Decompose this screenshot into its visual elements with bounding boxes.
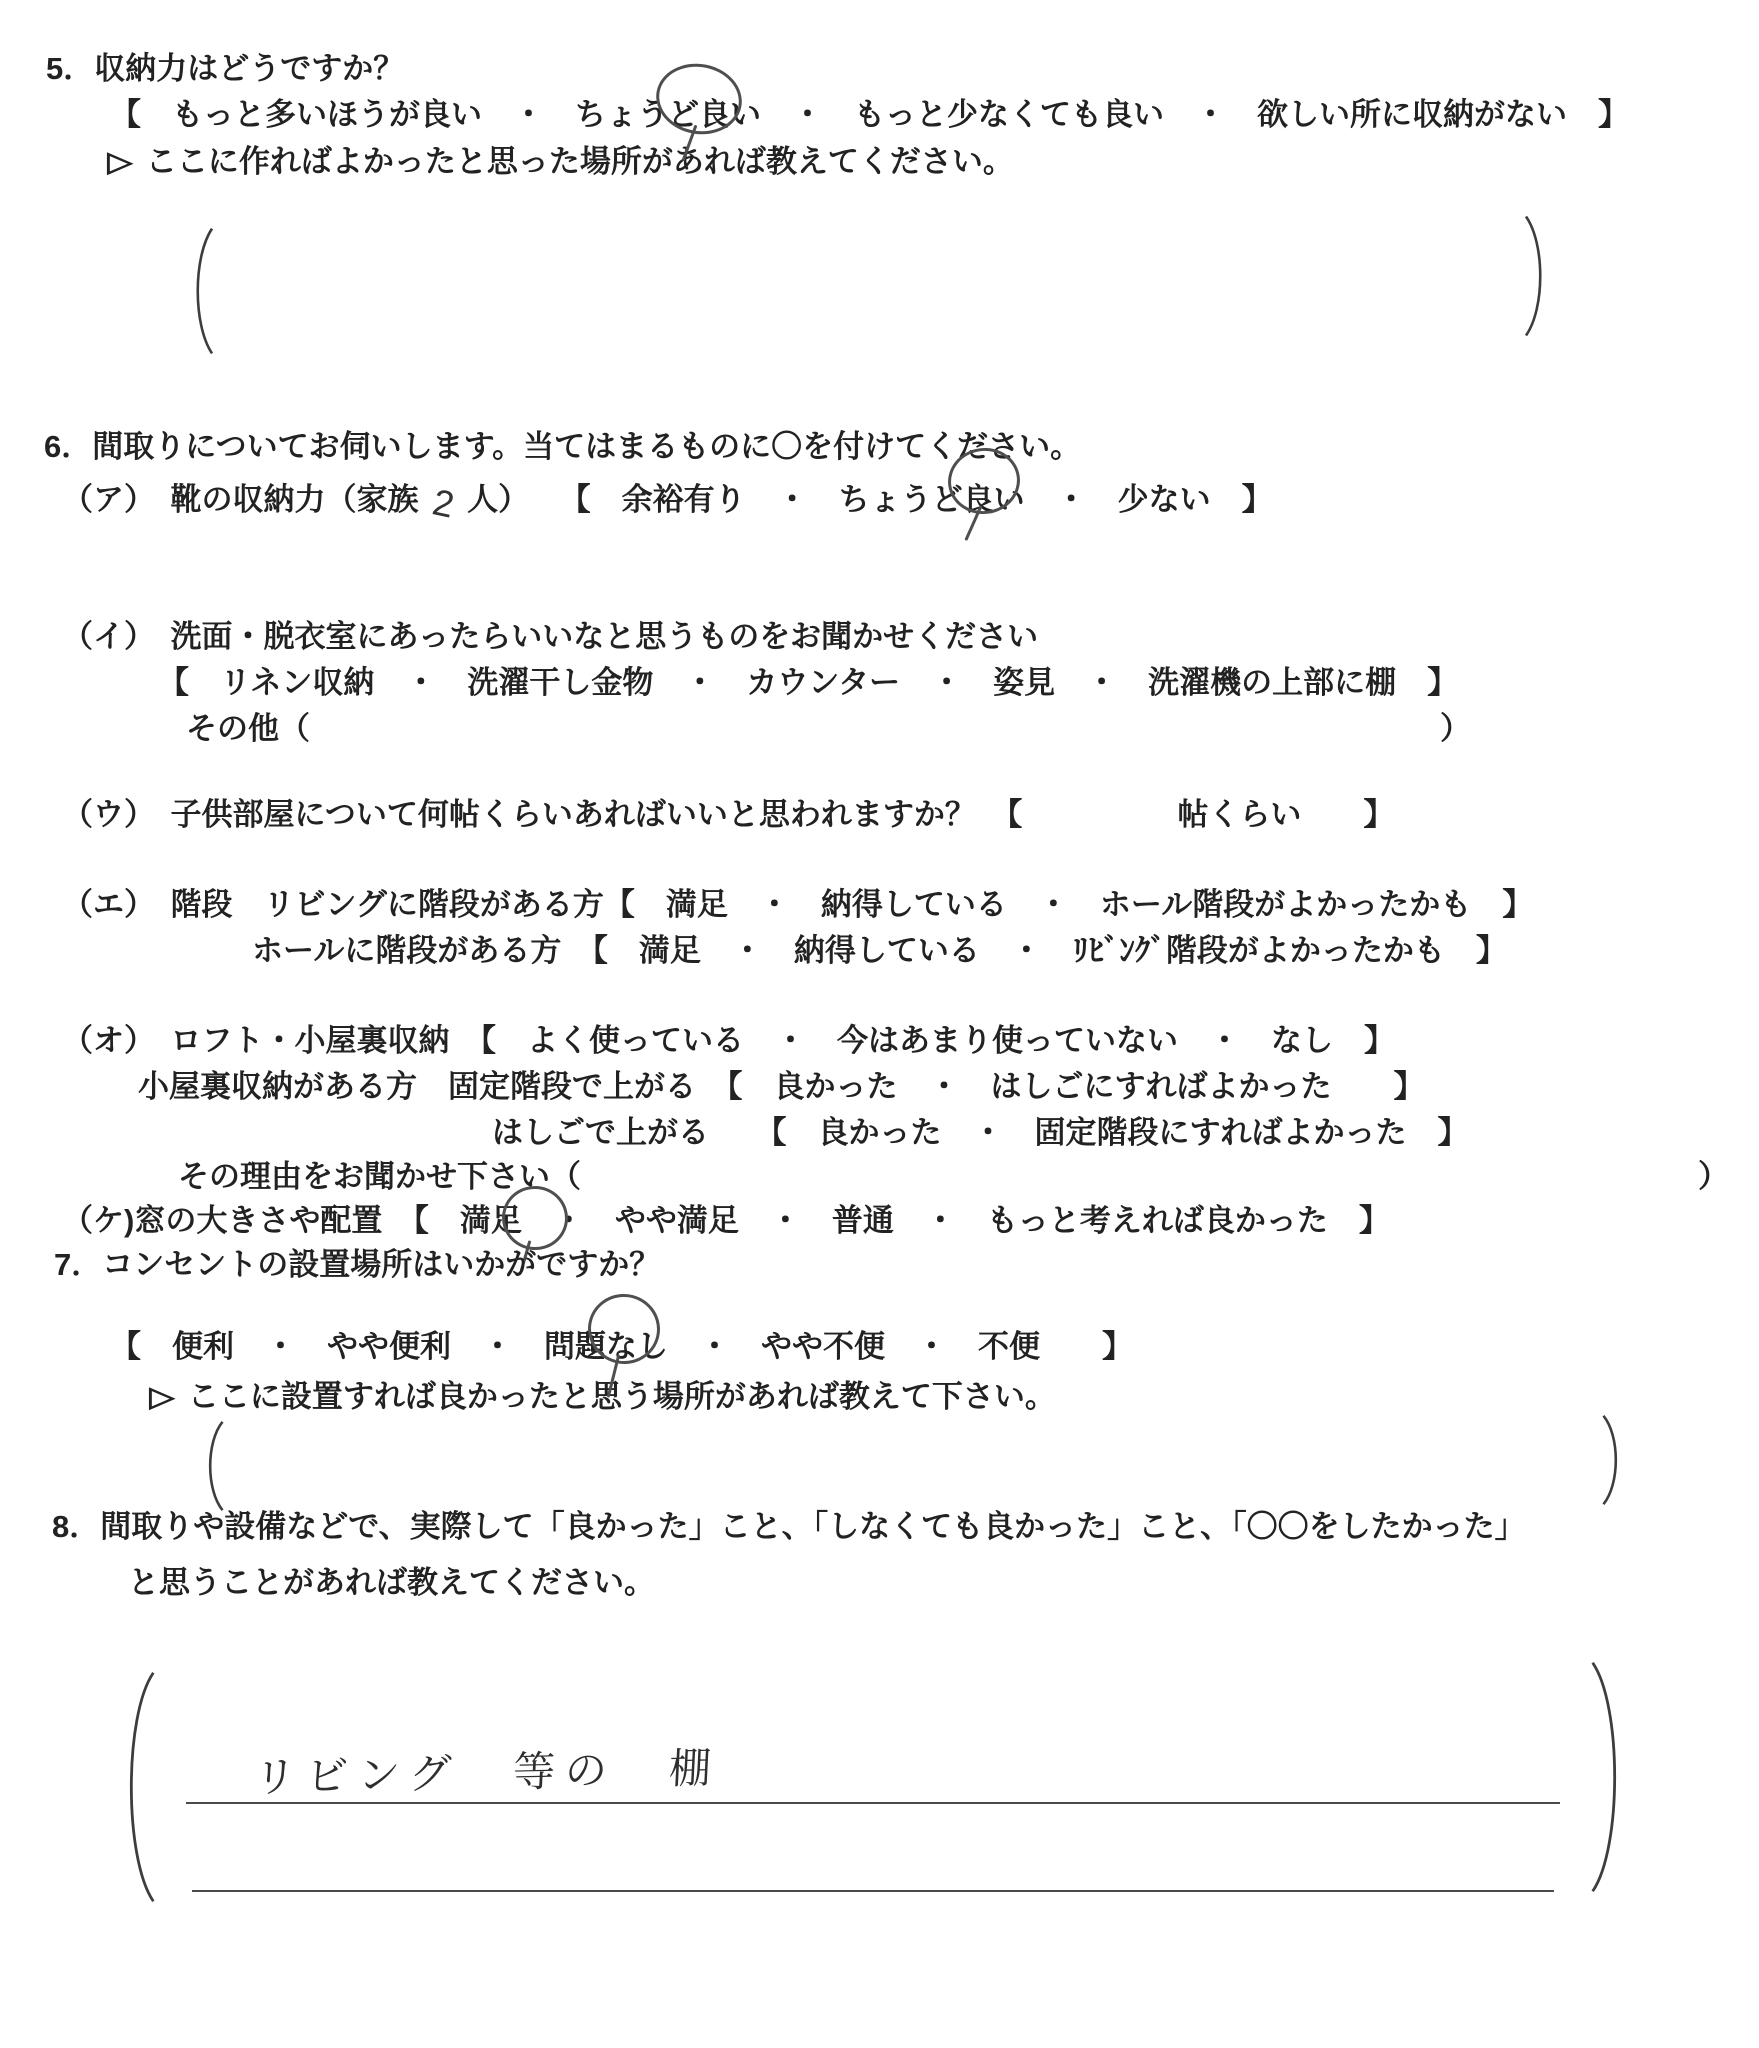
q6-item-a-options: 【 余裕有り ・ ちょうど良い ・ 少ない 】 [575, 482, 1273, 517]
q6-item-ke-label: （ケ)窓の大きさや配置 【 満足 ・ やや満足 ・ 普通 ・ もっと考えれば良か… [62, 1202, 1390, 1239]
q8-answer-line-2 [192, 1890, 1554, 1892]
q5-answer-left-paren [186, 226, 216, 356]
q5-options: 【 もっと多いほうが良い ・ ちょうど良い ・ もっと少なくても良い ・ 欲しい… [110, 96, 1629, 133]
q8-answer-right-paren [1590, 1658, 1630, 1896]
q6-item-a-label-after: 人） [467, 482, 529, 517]
q8-title-line1: 8．間取りや設備などで、実際して「良かった」こと、「しなくても良かった」こと、「… [52, 1508, 1526, 1545]
q6-item-a-label: （ア） 靴の収納力（家族 [62, 482, 419, 517]
q6-item-e-line2: ホールに階段がある方 【 満足 ・ 納得している ・ ﾘﾋﾞﾝｸﾞ階段がよかった… [252, 932, 1507, 969]
q5-title: 5．収納力はどうですか？ [46, 50, 404, 87]
q5-answer-right-paren [1522, 214, 1552, 338]
q6-item-u-label: （ウ） 子供部屋について何帖くらいあればいいと思われますか？ 【 帖くらい 】 [62, 796, 1394, 833]
q7-answer-left-paren [200, 1420, 226, 1512]
q7-answer-right-paren [1600, 1414, 1626, 1506]
q8-title-line2: と思うことがあれば教えてください。 [128, 1564, 655, 1601]
q6-item-e-line1: （エ） 階段 リビングに階段がある方【 満足 ・ 納得している ・ ホール階段が… [62, 886, 1533, 923]
q7-prompt: ▷ここに設置すれば良かったと思う場所があれば教えて下さい。 [150, 1378, 1056, 1415]
prompt-arrow-icon: ▷ [149, 1380, 174, 1413]
q7-title: 7．コンセントの設置場所はいかがですか？ [54, 1246, 660, 1283]
q7-prompt-text: ここに設置すれば良かったと思う場所があれば教えて下さい。 [188, 1379, 1056, 1414]
q6-item-i-other-label: その他（ [186, 710, 310, 747]
handwritten-family-count: 2 [428, 480, 457, 528]
q6-item-i-options: 【 リネン収納 ・ 洗濯干し金物 ・ カウンター ・ 姿見 ・ 洗濯機の上部に棚… [158, 664, 1458, 701]
q8-answer-left-paren [116, 1668, 156, 1906]
q6-item-o-line1: （オ） ロフト・小屋裏収納 【 よく使っている ・ 今はあまり使っていない ・ … [62, 1022, 1395, 1059]
q5-prompt-text: ここに作ればよかったと思った場所があれば教えてください。 [146, 144, 1014, 179]
q6-item-o-line3: はしごで上がる 【 良かった ・ 固定階段にすればよかった 】 [492, 1114, 1469, 1151]
handwritten-answer-q8: リビング 等の 棚 [253, 1735, 723, 1805]
q6-item-i-other-close-paren: ） [1440, 710, 1471, 747]
questionnaire-page: 5．収納力はどうですか？ 【 もっと多いほうが良い ・ ちょうど良い ・ もっと… [0, 0, 1759, 2048]
q6-title: 6．間取りについてお伺いします。当てはまるものに〇を付けてください。 [44, 428, 1081, 465]
q6-item-a: （ア） 靴の収納力（家族2人）【 余裕有り ・ ちょうど良い ・ 少ない 】 [62, 476, 1273, 520]
q8-answer-line-1 [186, 1802, 1560, 1804]
q5-prompt: ▷ここに作ればよかったと思った場所があれば教えてください。 [108, 143, 1014, 180]
q6-item-o-line2: 小屋裏収納がある方 固定階段で上がる 【 良かった ・ はしごにすればよかった … [138, 1068, 1425, 1105]
q6-item-i-label: （イ） 洗面・脱衣室にあったらいいなと思うものをお聞かせください [62, 618, 1038, 655]
q6-item-o-reason-close-paren: ） [1698, 1158, 1729, 1195]
prompt-arrow-icon: ▷ [107, 145, 132, 178]
